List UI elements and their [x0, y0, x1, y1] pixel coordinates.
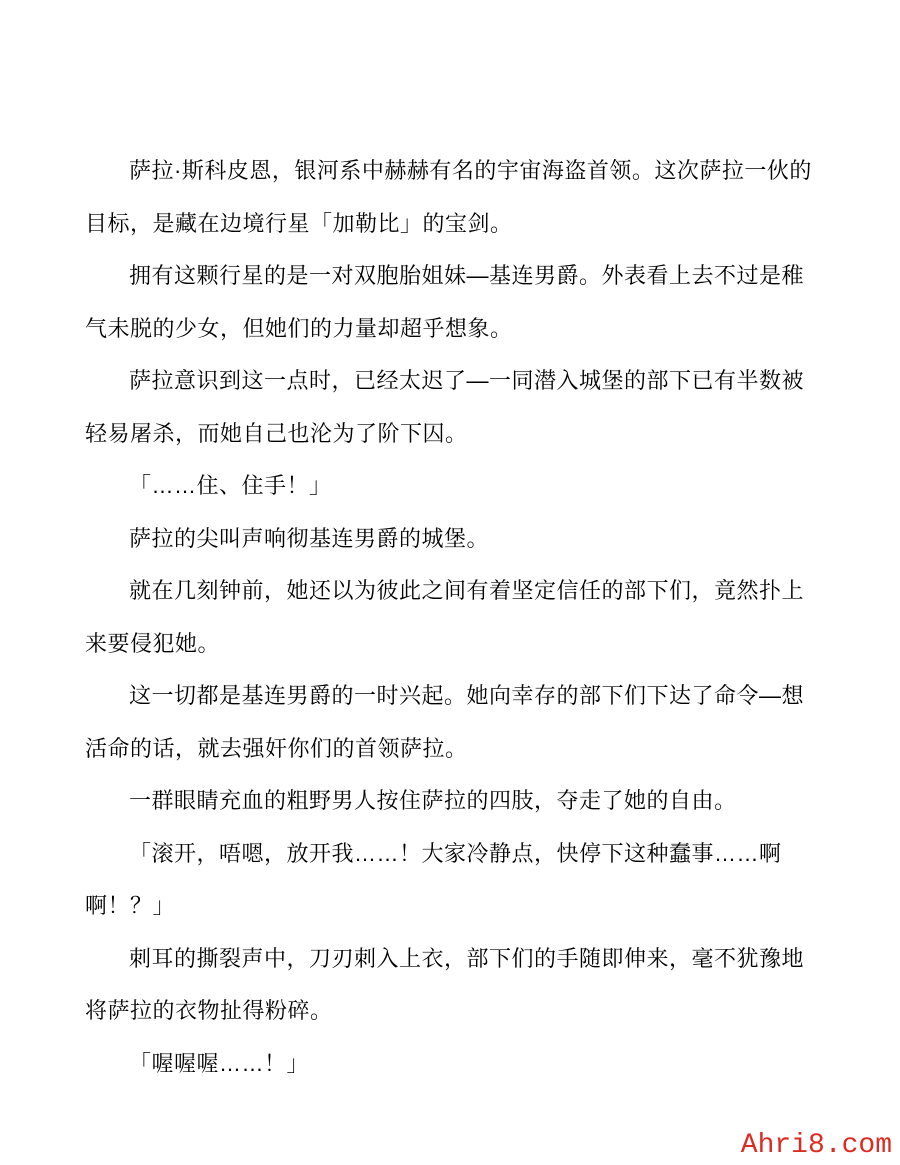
novel-paragraph: 拥有这颗行星的是一对双胞胎姐妹—基连男爵。外表看上去不过是稚气未脱的少女，但她们… — [85, 250, 817, 355]
novel-paragraph: 这一切都是基连男爵的一时兴起。她向幸存的部下们下达了命令—想活命的话，就去强奸你… — [85, 670, 817, 775]
novel-paragraph: 萨拉意识到这一点时，已经太迟了—一同潜入城堡的部下已有半数被轻易屠杀，而她自己也… — [85, 355, 817, 460]
novel-paragraph: 一群眼睛充血的粗野男人按住萨拉的四肢，夺走了她的自由。 — [85, 775, 817, 828]
novel-paragraph-dialogue: 「滚开，唔嗯，放开我……！大家冷静点，快停下这种蠢事……啊啊！？」 — [85, 828, 817, 933]
novel-paragraph: 刺耳的撕裂声中，刀刃刺入上衣，部下们的手随即伸来，毫不犹豫地将萨拉的衣物扯得粉碎… — [85, 933, 817, 1038]
site-watermark: Ahri8.com — [741, 1130, 892, 1161]
novel-paragraph: 就在几刻钟前，她还以为彼此之间有着坚定信任的部下们，竟然扑上来要侵犯她。 — [85, 565, 817, 670]
novel-paragraph-dialogue: 「……住、住手！」 — [85, 460, 817, 513]
novel-paragraph: 萨拉·斯科皮恩，银河系中赫赫有名的宇宙海盗首领。这次萨拉一伙的目标，是藏在边境行… — [85, 145, 817, 250]
novel-paragraph-dialogue: 「喔喔喔……！」 — [85, 1038, 817, 1091]
novel-paragraph: 萨拉的尖叫声响彻基连男爵的城堡。 — [85, 513, 817, 566]
novel-text-page: 萨拉·斯科皮恩，银河系中赫赫有名的宇宙海盗首领。这次萨拉一伙的目标，是藏在边境行… — [85, 145, 817, 1090]
